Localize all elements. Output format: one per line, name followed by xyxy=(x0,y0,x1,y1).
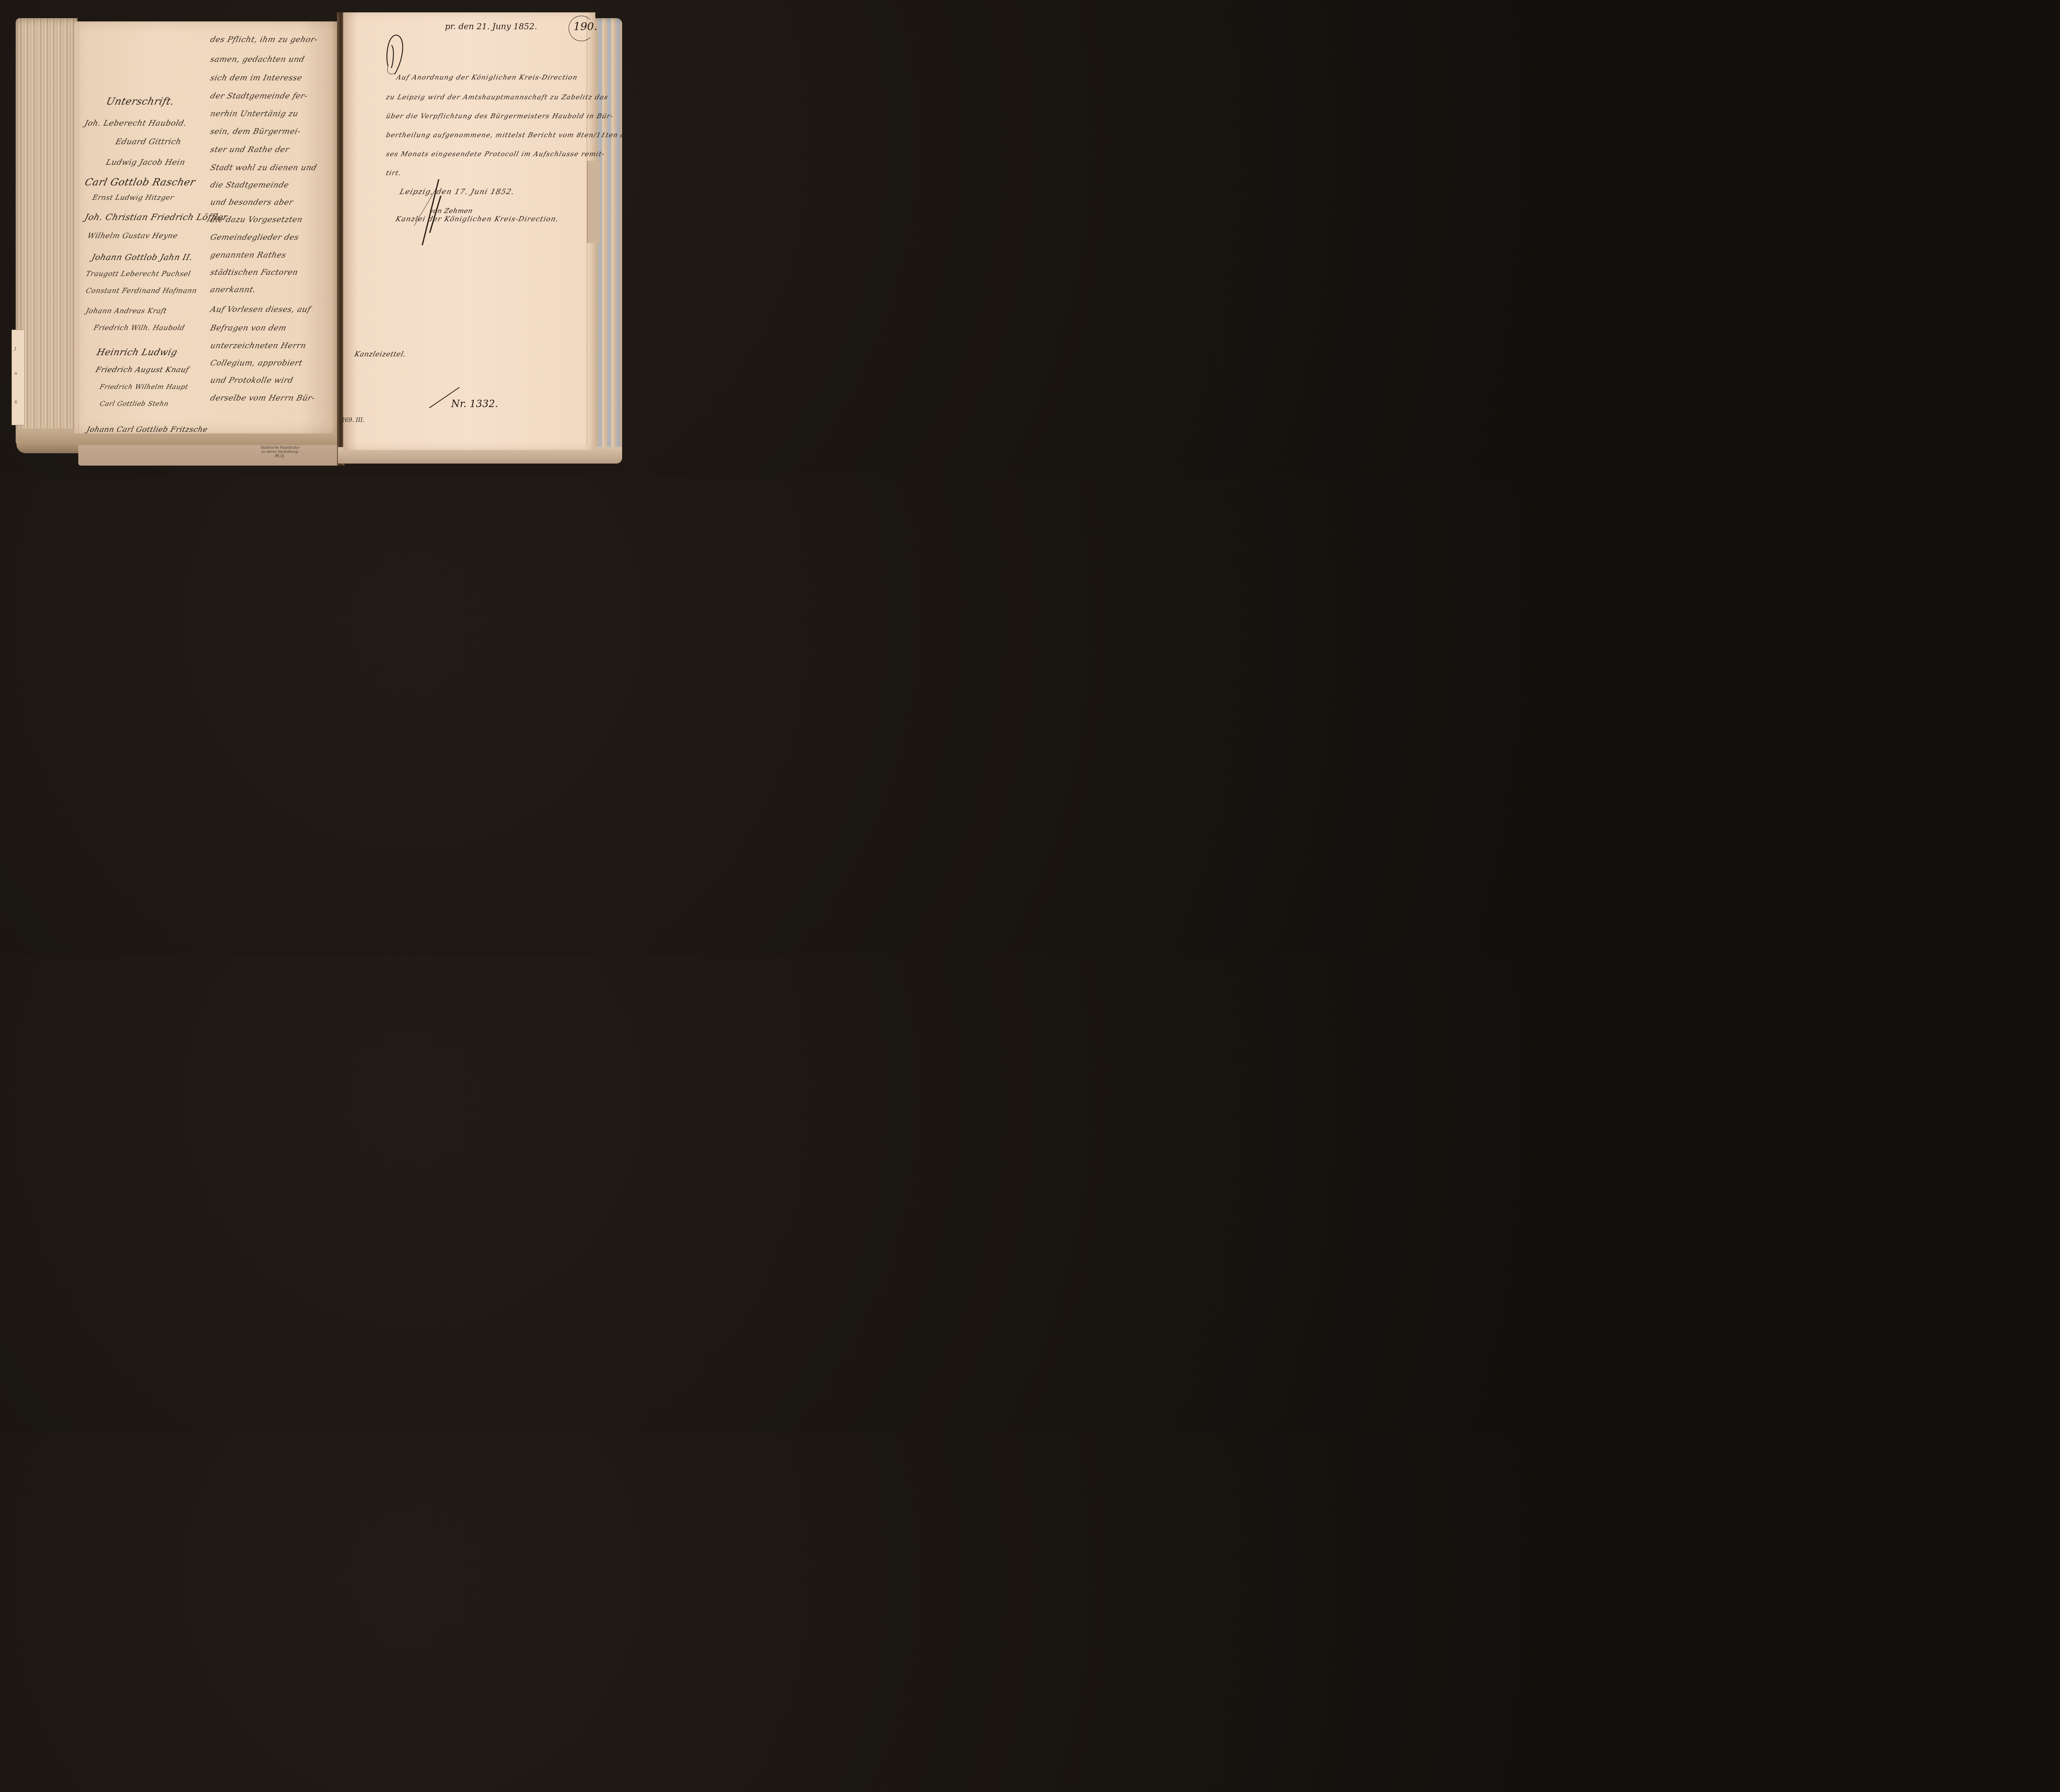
oath-line: samen, gedachten und xyxy=(209,55,306,64)
oath-line: sein, dem Bürgermei- xyxy=(209,127,302,136)
oath-line: städtischen Factoren xyxy=(209,268,299,277)
oath-line: Stadt wohl zu dienen und xyxy=(209,163,318,172)
oath-line: ster und Rathe der xyxy=(209,145,290,154)
decree-line: bertheilung aufgenommene, mittelst Beric… xyxy=(385,131,636,139)
name-entry: Johann Gottlob Jahn II. xyxy=(91,252,194,262)
oath-line: die Stadtgemeinde xyxy=(209,180,290,190)
name-entry: Traugott Leberecht Puchsel xyxy=(85,270,192,278)
open-archival-volume: J n S Unterschrift. Joh. Leberecht Haubo… xyxy=(0,0,646,478)
name-entry: Carl Gottlieb Stehn xyxy=(99,400,170,408)
name-entry: Carl Gottlob Rascher xyxy=(84,176,197,188)
decree-line: Auf Anordnung der Königlichen Kreis-Dire… xyxy=(396,73,578,81)
left-page-margin-rule xyxy=(78,21,79,433)
official-signature: von Zehmen xyxy=(428,207,474,215)
oath-line: genannten Rathes xyxy=(209,251,287,260)
oath-line: unterzeichneten Herrn xyxy=(209,341,307,350)
name-entry: Joh. Leberecht Haubold. xyxy=(84,119,188,128)
name-entry: Joh. Christian Friedrich Löffler xyxy=(84,212,229,222)
oath-line: Collegium, approbiert xyxy=(209,358,303,368)
oath-line: Auf Vorlesen dieses, auf xyxy=(209,305,312,314)
decorative-initial-d-icon xyxy=(383,33,408,78)
oath-line: die dazu Vorgesetzten xyxy=(209,215,304,224)
decree-line: ses Monats eingesendete Protocoll im Auf… xyxy=(385,150,606,158)
name-entry: Friedrich Wilh. Haubold xyxy=(93,324,185,332)
name-entry: Ernst Ludwig Hitzger xyxy=(91,194,175,202)
oath-line: Gemeindeglieder des xyxy=(209,233,300,242)
name-entry: Johann Carl Gottlieb Fritzsche xyxy=(86,425,208,434)
signatures-heading: Unterschrift. xyxy=(105,96,176,107)
stamp-line: M.O. xyxy=(243,454,317,458)
decree-line: über die Verpflichtung des Bürgermeister… xyxy=(385,112,614,120)
name-entry: Wilhelm Gustav Heyne xyxy=(87,232,179,240)
oath-line: sich dem im Interesse xyxy=(209,73,303,82)
chancery-annotation: Kanzleizettel. xyxy=(353,350,407,358)
name-entry: Constant Ferdinand Hofmann xyxy=(85,287,198,295)
shelf-mark: 269. III. xyxy=(341,417,365,424)
official-signature-flourish-icon xyxy=(414,179,513,253)
inserted-margin-slip: J n S xyxy=(12,330,25,425)
left-page-stack-edges xyxy=(16,18,77,447)
decree-line: zu Leipzig wird der Amtshauptmannschaft … xyxy=(385,93,609,101)
oath-line: und Protokolle wird xyxy=(209,376,294,385)
oath-line: des Pflicht, ihm zu gehor- xyxy=(209,35,318,44)
name-entry: Eduard Gittrich xyxy=(115,137,182,146)
oath-line: anerkannt. xyxy=(209,285,257,294)
oath-line: der Stadtgemeinde fer- xyxy=(209,91,309,101)
folio-number: 190. xyxy=(574,21,597,33)
received-date-note: pr. den 21. Juny 1852. xyxy=(445,21,537,31)
oath-line: derselbe vom Herrn Bür- xyxy=(209,394,316,403)
protruding-leaf-tab xyxy=(587,161,600,243)
registry-stamp-text: Städtische Registratur zu deren Verwaltu… xyxy=(243,446,317,458)
name-entry: Ludwig Jacob Hein xyxy=(105,158,186,167)
oath-line: und besonders aber xyxy=(209,198,294,207)
stamp-line: Städtische Registratur xyxy=(243,446,317,450)
name-entry: Heinrich Ludwig xyxy=(96,347,178,358)
name-entry: Friedrich Wilhelm Haupt xyxy=(99,383,189,391)
name-entry: Friedrich August Knauf xyxy=(95,365,190,374)
oath-line: Befragen von dem xyxy=(209,323,288,333)
oath-line: nerhin Untertänig zu xyxy=(209,109,300,118)
name-entry: Johann Andreas Kraft xyxy=(85,307,168,315)
record-number: Nr. 1332. xyxy=(451,398,498,410)
decree-line: tirt. xyxy=(385,169,402,177)
